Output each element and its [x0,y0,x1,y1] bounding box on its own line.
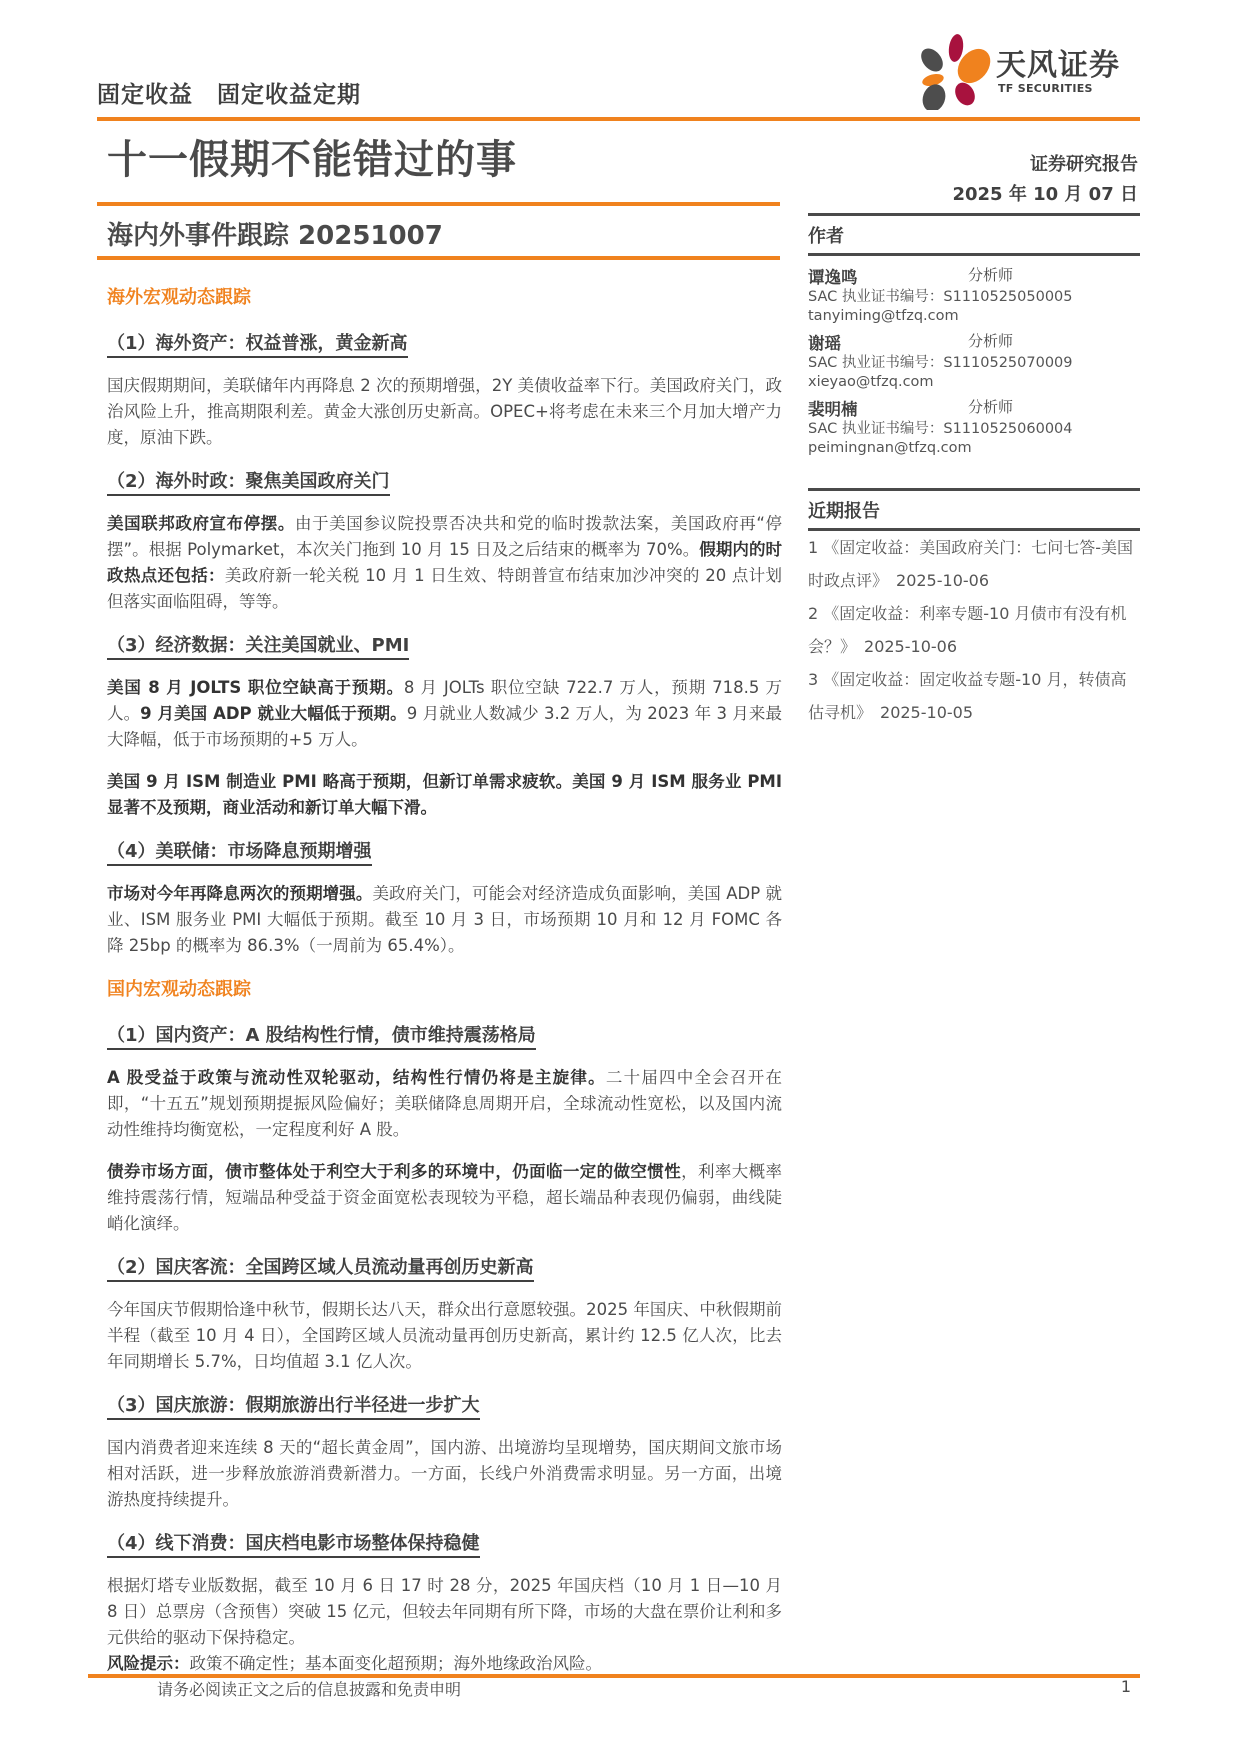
recent-report-item[interactable]: 2 《固定收益：利率专题-10 月债市有没有机会？》2025-10-06 [808,597,1140,663]
subsection-heading: （1）国内资产：A 股结构性行情，债市维持震荡格局 [107,1021,536,1050]
sidebar: 作者 谭逸鸣 分析师 SAC 执业证书编号：S1110525050005 tan… [808,213,1140,729]
sidebar-divider [808,253,1140,256]
subsection-heading: （1）海外资产：权益普涨，黄金新高 [107,329,408,358]
author-card: 谢瑶 分析师 SAC 执业证书编号：S1110525070009 xieyao@… [808,330,1140,392]
disclaimer-notice: 请务必阅读正文之后的信息披露和免责申明 [157,1677,461,1700]
logo-text-cn: 天风证券 [996,40,1120,84]
author-name: 裴明楠 [808,396,968,420]
recent-reports: 近期报告 1 《固定收益：美国政府关门：七问七答-美国时政点评》2025-10-… [808,488,1140,729]
author-role: 分析师 [968,396,1013,420]
author-role: 分析师 [968,264,1013,288]
author-card: 谭逸鸣 分析师 SAC 执业证书编号：S1110525050005 tanyim… [808,264,1140,326]
author-email[interactable]: xieyao@tfzq.com [808,373,1140,392]
report-type-label: 证券研究报告 [1030,150,1138,176]
author-name: 谢瑶 [808,330,968,354]
author-cert: SAC 执业证书编号：S1110525050005 [808,288,1140,307]
page-number: 1 [1121,1677,1131,1696]
risk-text: 政策不确定性；基本面变化超预期；海外地缘政治风险。 [190,1654,603,1673]
subsection-heading: （4）线下消费：国庆档电影市场整体保持稳健 [107,1529,480,1558]
report-date: 2025 年 10 月 07 日 [952,180,1138,206]
risk-label: 风险提示： [107,1654,190,1673]
author-cert: SAC 执业证书编号：S1110525060004 [808,420,1140,439]
paragraph: A 股受益于政策与流动性双轮驱动，结构性行情仍将是主旋律。二十届四中全会召开在即… [107,1065,782,1143]
section-heading-domestic: 国内宏观动态跟踪 [107,975,782,1001]
paragraph: 今年国庆节假期恰逢中秋节，假期长达八天，群众出行意愿较强。2025 年国庆、中秋… [107,1297,782,1375]
title-divider [97,202,780,206]
flower-logo-icon [912,28,992,110]
report-subtitle: 海内外事件跟踪 20251007 [107,215,443,252]
author-email[interactable]: tanyiming@tfzq.com [808,307,1140,326]
author-card: 裴明楠 分析师 SAC 执业证书编号：S1110525060004 peimin… [808,396,1140,458]
subsection-heading: （4）美联储：市场降息预期增强 [107,837,372,866]
authors-heading: 作者 [808,216,1140,253]
subtitle-divider [97,256,780,260]
recent-reports-heading: 近期报告 [808,491,1140,528]
author-role: 分析师 [968,330,1013,354]
paragraph: 美国 8 月 JOLTS 职位空缺高于预期。8 月 JOLTs 职位空缺 722… [107,675,782,753]
paragraph: 根据灯塔专业版数据，截至 10 月 6 日 17 时 28 分，2025 年国庆… [107,1573,782,1651]
subsection-heading: （2）海外时政：聚焦美国政府关门 [107,467,390,496]
paragraph: 债券市场方面，债市整体处于利空大于利多的环境中，仍面临一定的做空惯性，利率大概率… [107,1159,782,1237]
author-email[interactable]: peimingnan@tfzq.com [808,439,1140,458]
paragraph: 美国联邦政府宣布停摆。由于美国参议院投票否决共和党的临时拨款法案，美国政府再“停… [107,511,782,615]
recent-report-item[interactable]: 1 《固定收益：美国政府关门：七问七答-美国时政点评》2025-10-06 [808,531,1140,597]
author-cert: SAC 执业证书编号：S1110525070009 [808,354,1140,373]
tf-securities-logo: 天风证券 TF SECURITIES [912,28,1137,110]
section-heading-overseas: 海外宏观动态跟踪 [107,283,782,309]
paragraph: 市场对今年再降息两次的预期增强。美政府关门，可能会对经济造成负面影响，美国 AD… [107,881,782,959]
subsection-heading: （3）国庆旅游：假期旅游出行半径进一步扩大 [107,1391,480,1420]
header-divider [97,117,1140,121]
report-category: 固定收益 固定收益定期 [97,76,361,109]
subsection-heading: （2）国庆客流：全国跨区域人员流动量再创历史新高 [107,1253,534,1282]
page-title: 十一假期不能错过的事 [107,128,517,185]
report-body: 海外宏观动态跟踪 （1）海外资产：权益普涨，黄金新高 国庆假期期间，美联储年内再… [107,283,782,1693]
recent-report-item[interactable]: 3 《固定收益：固定收益专题-10 月，转债高估寻机》2025-10-05 [808,663,1140,729]
paragraph: 国庆假期期间，美联储年内再降息 2 次的预期增强，2Y 美债收益率下行。美国政府… [107,373,782,451]
logo-text-en: TF SECURITIES [998,82,1093,95]
paragraph: 美国 9 月 ISM 制造业 PMI 略高于预期，但新订单需求疲软。美国 9 月… [107,769,782,821]
author-name: 谭逸鸣 [808,264,968,288]
subsection-heading: （3）经济数据：关注美国就业、PMI [107,631,409,660]
paragraph: 国内消费者迎来连续 8 天的“超长黄金周”，国内游、出境游均呈现增势，国庆期间文… [107,1435,782,1513]
